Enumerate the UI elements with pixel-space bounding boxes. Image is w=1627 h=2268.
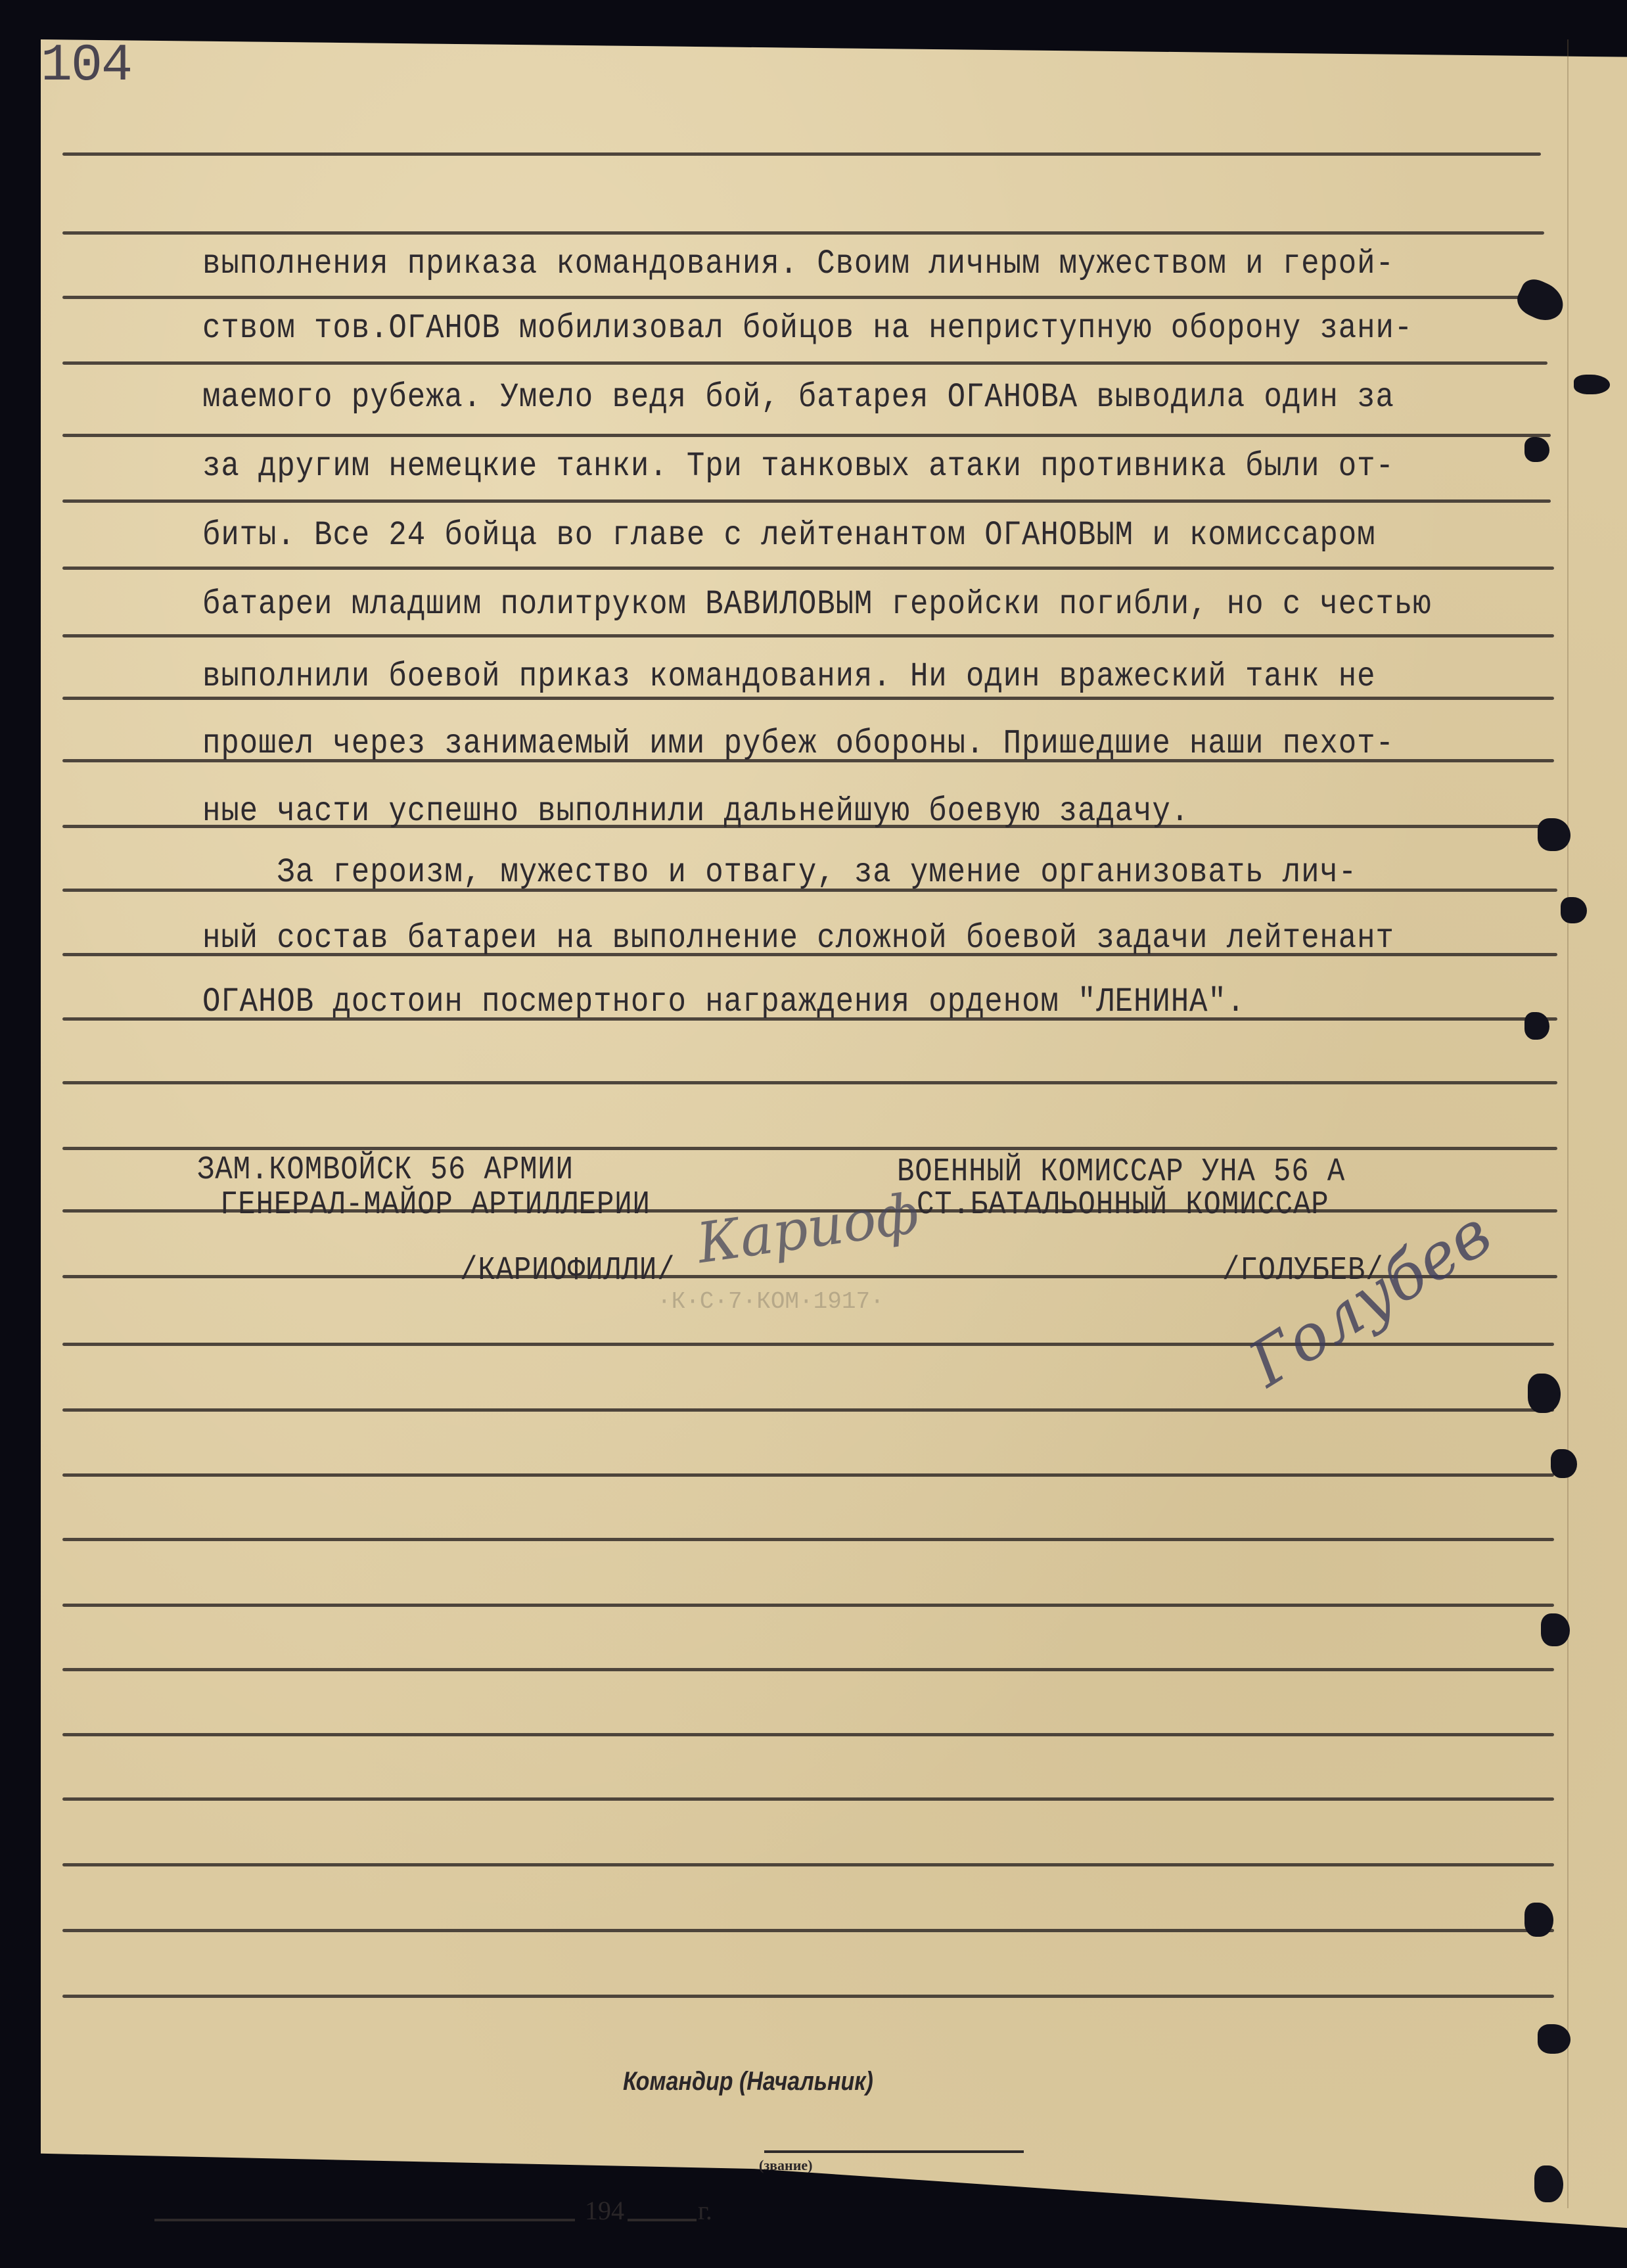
binding-hole bbox=[1528, 1374, 1561, 1413]
body-line: ством тов.ОГАНОВ мобилизовал бойцов на н… bbox=[202, 309, 1413, 348]
ruled-line bbox=[62, 697, 1554, 700]
binding-hole bbox=[1551, 1449, 1577, 1478]
ruled-line bbox=[62, 1668, 1554, 1671]
rank-label: (звание) bbox=[759, 2157, 813, 2174]
ruled-line bbox=[62, 1473, 1554, 1477]
ruled-line bbox=[62, 1995, 1554, 1998]
ruled-line bbox=[62, 634, 1554, 637]
binding-hole bbox=[1574, 375, 1610, 394]
right-signatory-title-1: ВОЕННЫЙ КОМИССАР УНА 56 А bbox=[897, 1153, 1345, 1191]
binding-hole bbox=[1534, 2165, 1563, 2202]
document-page bbox=[41, 39, 1627, 2228]
left-signatory-title-2: ГЕНЕРАЛ-МАЙОР АРТИЛЛЕРИИ bbox=[220, 1186, 651, 1224]
binding-hole bbox=[1538, 2024, 1570, 2054]
body-line: маемого рубежа. Умело ведя бой, батарея … bbox=[202, 378, 1394, 417]
binding-hole bbox=[1538, 818, 1570, 851]
date-year-line bbox=[628, 2219, 697, 2221]
binding-hole bbox=[1524, 1903, 1553, 1937]
ruled-line bbox=[62, 434, 1551, 437]
ruled-line bbox=[62, 1929, 1554, 1932]
fold-line bbox=[1567, 39, 1569, 2208]
date-year: 194 bbox=[585, 2195, 624, 2226]
ruled-line bbox=[62, 1733, 1554, 1736]
body-line: ОГАНОВ достоин посмертного награждения о… bbox=[202, 983, 1245, 1021]
ruled-line bbox=[62, 296, 1547, 299]
left-signatory-name: /КАРИОФИЛЛИ/ bbox=[460, 1252, 675, 1289]
date-line bbox=[154, 2219, 575, 2221]
body-line: за другим немецкие танки. Три танковых а… bbox=[202, 447, 1394, 486]
ruled-line bbox=[62, 1538, 1554, 1541]
ruled-line bbox=[62, 1408, 1554, 1412]
ruled-line bbox=[62, 499, 1551, 503]
page-number: 104 bbox=[41, 36, 131, 96]
binding-hole bbox=[1561, 897, 1587, 923]
ruled-line bbox=[62, 1081, 1557, 1084]
ruled-line bbox=[62, 152, 1541, 156]
binding-hole bbox=[1524, 437, 1549, 462]
left-signatory-title-1: ЗАМ.КОМВОЙСК 56 АРМИИ bbox=[197, 1151, 574, 1189]
ruled-line bbox=[62, 567, 1554, 570]
body-line: выполнения приказа командования. Своим л… bbox=[202, 244, 1394, 283]
binding-hole bbox=[1524, 1012, 1549, 1040]
body-line: батареи младшим политруком ВАВИЛОВЫМ гер… bbox=[202, 585, 1431, 624]
commander-title: Командир (Начальник) bbox=[623, 2067, 873, 2096]
body-line: выполнили боевой приказ командования. Ни… bbox=[202, 657, 1375, 696]
right-signatory-title-2: СТ.БАТАЛЬОННЫЙ КОМИССАР bbox=[917, 1186, 1329, 1224]
ruled-line bbox=[62, 1797, 1554, 1801]
binding-hole bbox=[1541, 1613, 1570, 1646]
body-line: ные части успешно выполнили дальнейшую б… bbox=[202, 792, 1189, 831]
faint-stamp: ·К·С·7·КОМ·1917· bbox=[657, 1288, 884, 1315]
ruled-line bbox=[62, 1604, 1554, 1607]
date-suffix: г. bbox=[698, 2195, 712, 2226]
body-line: прошел через занимаемый ими рубеж оборон… bbox=[202, 724, 1394, 763]
rank-line bbox=[764, 2150, 1024, 2153]
body-line: биты. Все 24 бойца во главе с лейтенанто… bbox=[202, 516, 1375, 555]
ruled-line bbox=[62, 361, 1547, 365]
ruled-line bbox=[62, 1863, 1554, 1866]
ruled-line bbox=[62, 1147, 1557, 1150]
ruled-line bbox=[62, 231, 1544, 235]
body-line: ный состав батареи на выполнение сложной… bbox=[202, 919, 1394, 958]
body-line: За героизм, мужество и отвагу, за умение… bbox=[202, 853, 1357, 892]
